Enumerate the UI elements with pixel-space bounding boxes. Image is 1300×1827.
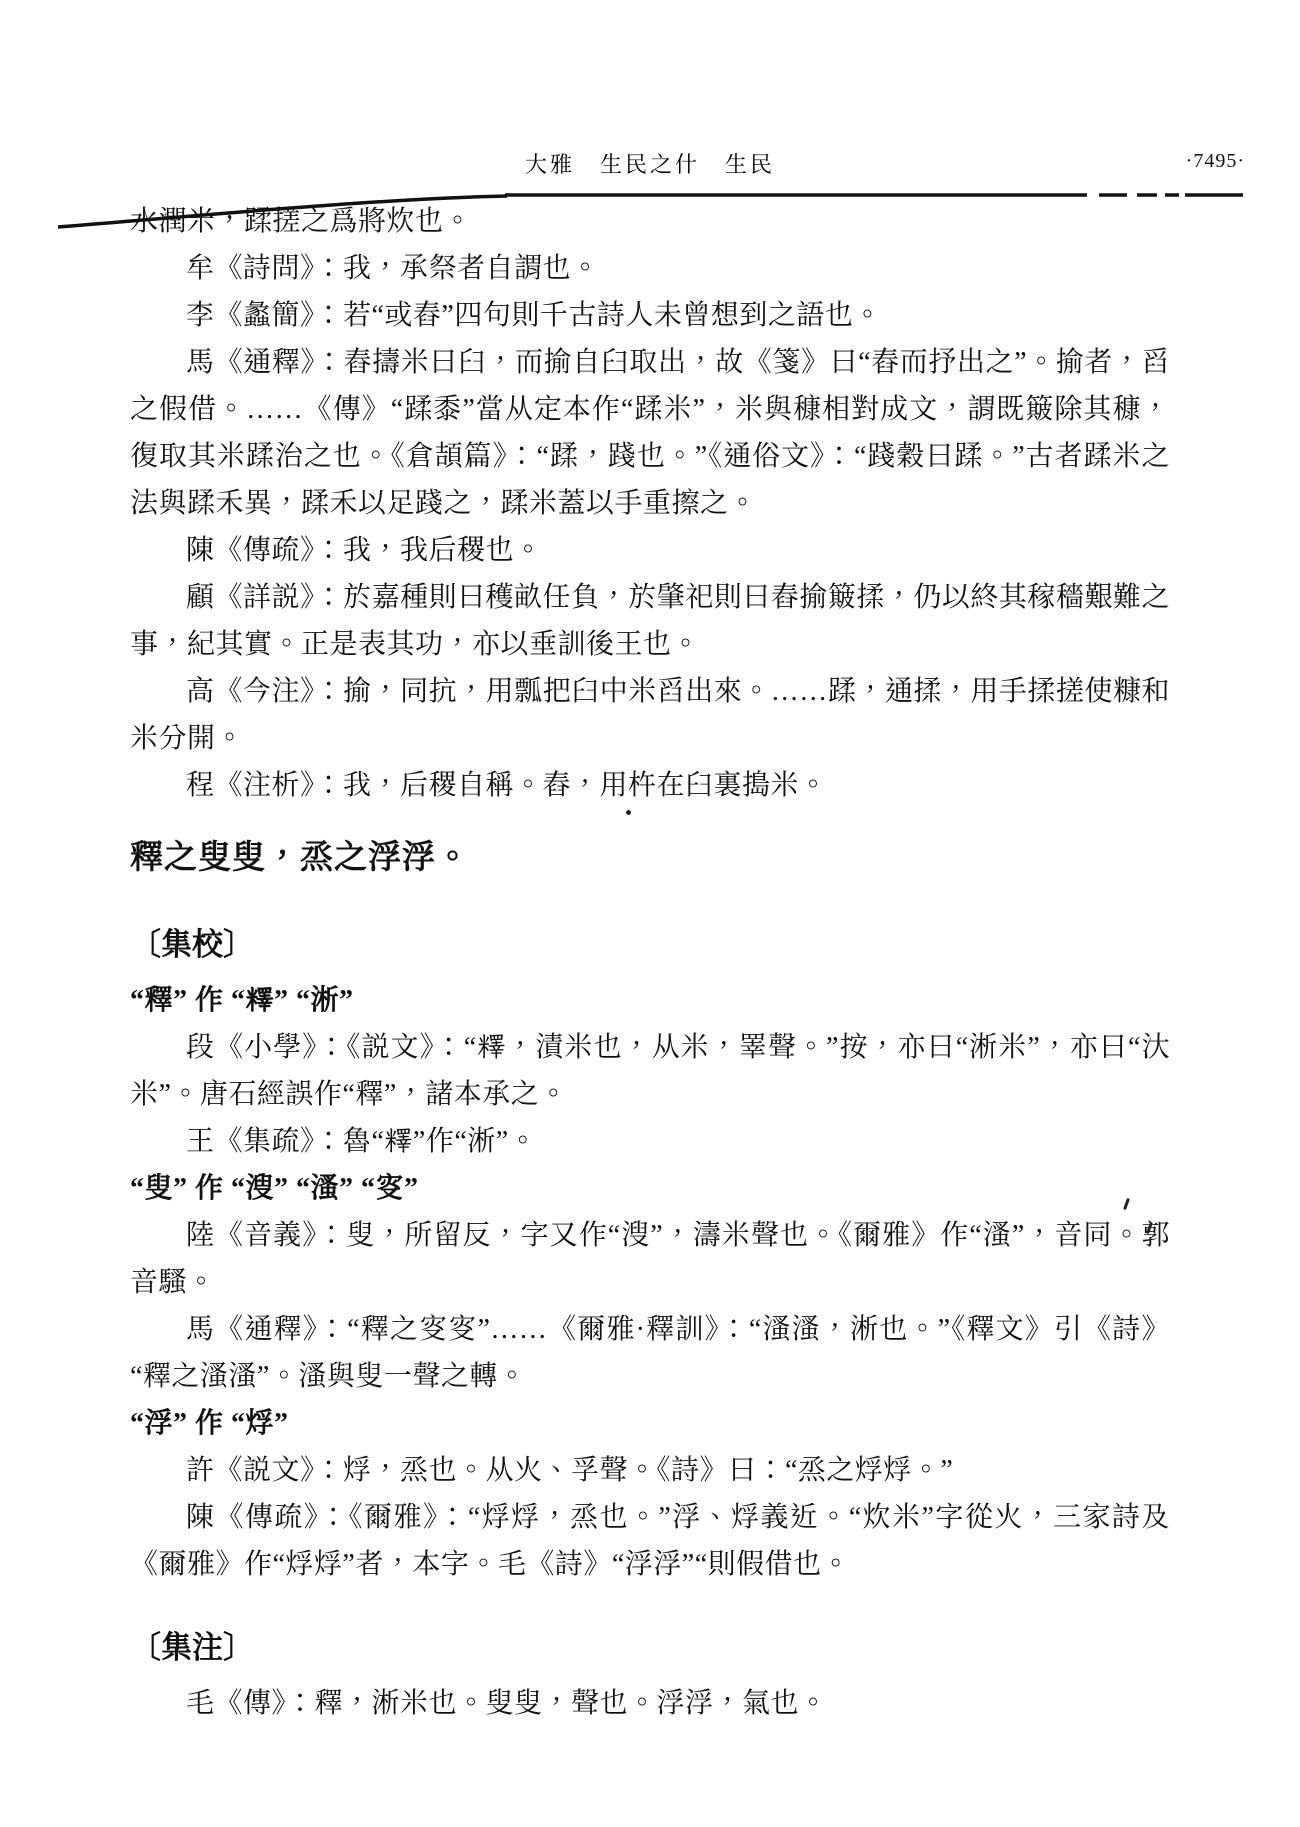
running-title: 大雅 生民之什 生民 bbox=[55, 148, 1245, 179]
paragraph-li-lijian: 李《蠡簡》：若“或舂”四句則千古詩人未曾想到之語也。 bbox=[130, 292, 1170, 339]
paragraph-xu-shuowen: 許《説文》：烰，烝也。从火、孚聲。《詩》曰：“烝之烰烰。” bbox=[130, 1447, 1170, 1494]
paragraph-ma-tongshi-2: 馬《通釋》：“釋之叜叜”……《爾雅·釋訓》：“溞溞，淅也。”《釋文》引《詩》“釋… bbox=[130, 1306, 1170, 1400]
content: 水潤米，蹂搓之爲將炊也。牟《詩問》：我，承祭者自謂也。李《蠡簡》：若“或舂”四句… bbox=[130, 198, 1170, 1727]
section-jizhu: 〔集注〕 bbox=[130, 1628, 1170, 1668]
variant-heading-fu: “浮” 作 “烰” bbox=[130, 1400, 1170, 1447]
book-page: 大雅 生民之什 生民 ·7495· 水潤米，蹂搓之爲將炊也。牟《詩問》：我，承祭… bbox=[0, 0, 1300, 1827]
variant-heading-shi: “釋” 作 “𥼶” “淅” bbox=[130, 977, 1170, 1024]
paragraph-continuation: 水潤米，蹂搓之爲將炊也。 bbox=[130, 198, 1170, 245]
paragraph-gao-jinzhu: 高《今注》：揄，同抗，用瓢把臼中米舀出來。……蹂，通揉，用手揉搓使糠和米分開。 bbox=[130, 668, 1170, 762]
page-header: 大雅 生民之什 生民 ·7495· bbox=[55, 148, 1245, 182]
paragraph-mao-chuan: 毛《傳》：釋，淅米也。叟叟，聲也。浮浮，氣也。 bbox=[130, 1680, 1170, 1727]
paragraph-gu-xiangshuo: 顧《詳説》：於嘉種則曰穫畝任負，於肇祀則曰舂揄簸揉，仍以終其稼穡艱難之事，紀其實… bbox=[130, 574, 1170, 668]
paragraph-lu-yinyi: 陸《音義》：叟，所留反，字又作“溲”，濤米聲也。《爾雅》作“溞”，音同。郭音騷。 bbox=[130, 1212, 1170, 1306]
ink-speck bbox=[626, 810, 631, 815]
paragraph-ma-tongshi: 馬《通釋》：舂擣米曰臼，而揄自臼取出，故《箋》曰“舂而抒出之”。揄者，舀之假借。… bbox=[130, 339, 1170, 527]
variant-heading-sou: “叟” 作 “溲” “溞” “叜” bbox=[130, 1165, 1170, 1212]
page-number: ·7495· bbox=[1186, 150, 1245, 173]
paragraph-mou-shiwen: 牟《詩問》：我，承祭者自謂也。 bbox=[130, 245, 1170, 292]
paragraph-chen-chuanshu-2: 陳《傳疏》：《爾雅》：“烰烰，烝也。”浮、烰義近。“炊米”字從火，三家詩及《爾雅… bbox=[130, 1494, 1170, 1588]
paragraph-cheng-zhuxi: 程《注析》：我，后稷自稱。舂，用杵在臼裏搗米。 bbox=[130, 762, 1170, 809]
paragraph-duan-xiaoxue: 段《小學》：《説文》：“𥼶，漬米也，从米，睪聲。”按，亦曰“淅米”，亦曰“汏米”… bbox=[130, 1024, 1170, 1118]
verse-heading: 釋之叟叟，烝之浮浮。 bbox=[130, 838, 1170, 878]
section-jijiao: 〔集校〕 bbox=[130, 925, 1170, 965]
paragraph-chen-chuanshu: 陳《傳疏》：我，我后稷也。 bbox=[130, 527, 1170, 574]
paragraph-wang-jishu: 王《集疏》：魯“𥼶”作“淅”。 bbox=[130, 1118, 1170, 1165]
